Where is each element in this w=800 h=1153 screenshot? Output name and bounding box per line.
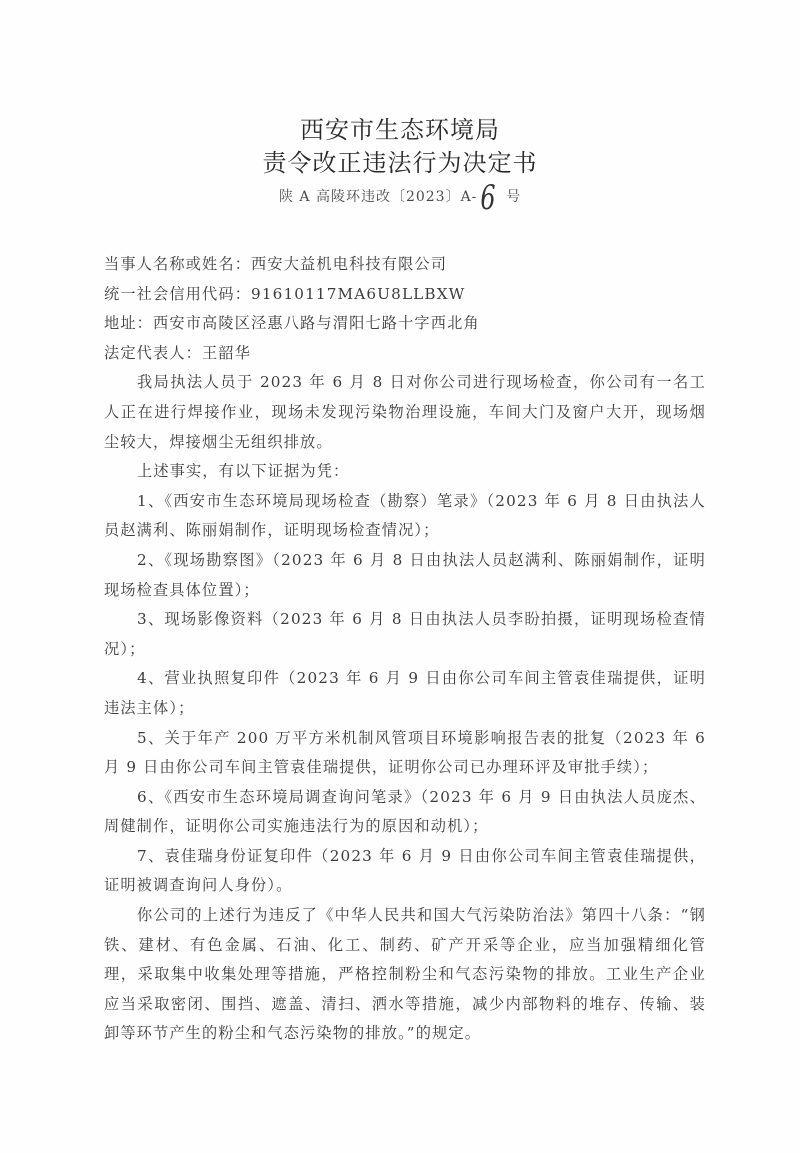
evidence-item: 1、《西安市生态环境局现场检查（勘察）笔录》（2023 年 6 月 8 日由执法… [104,487,706,546]
evidence-item: 3、现场影像资料（2023 年 6 月 8 日由执法人员李盼拍摄，证明现场检查情… [104,605,706,664]
agency-title: 西安市生态环境局 [0,110,800,145]
violation-paragraph: 你公司的上述行为违反了《中华人民共和国大气污染防治法》第四十八条：“钢铁、建材、… [104,901,706,1049]
document-number-suffix: 号 [506,189,521,205]
evidence-item: 6、《西安市生态环境局调查询问笔录》（2023 年 6 月 9 日由执法人员庞杰… [104,783,706,842]
document-body: 当事人名称或姓名：西安大益机电科技有限公司 统一社会信用代码：91610117M… [104,250,706,1049]
credit-code-label: 统一社会信用代码： [104,285,251,303]
document-number-prefix: 陕 A 高陵环违改〔2023〕A- [279,189,477,205]
evidence-item: 2、《现场勘察图》（2023 年 6 月 8 日由执法人员赵满利、陈丽娟制作，证… [104,546,706,605]
legal-rep-label: 法定代表人： [104,344,202,362]
party-name-line: 当事人名称或姓名：西安大益机电科技有限公司 [104,250,706,280]
address-line: 地址：西安市高陵区泾惠八路与渭阳七路十字西北角 [104,309,706,339]
address-value: 西安市高陵区泾惠八路与渭阳七路十字西北角 [153,314,480,332]
facts-paragraph: 我局执法人员于 2023 年 6 月 8 日对你公司进行现场检查，你公司有一名工… [104,368,706,457]
document-number: 陕 A 高陵环违改〔2023〕A-6号 [0,186,800,206]
evidence-item: 5、关于年产 200 万平方米机制风管项目环境影响报告表的批复（2023 年 6… [104,724,706,783]
document-page: 西安市生态环境局 责令改正违法行为决定书 陕 A 高陵环违改〔2023〕A-6号… [0,0,800,1153]
legal-rep-line: 法定代表人：王韶华 [104,339,706,369]
evidence-intro: 上述事实，有以下证据为凭： [104,457,706,487]
document-title: 责令改正违法行为决定书 [0,143,800,178]
legal-rep-value: 王韶华 [202,344,251,362]
evidence-item: 7、袁佳瑞身份证复印件（2023 年 6 月 9 日由你公司车间主管袁佳瑞提供，… [104,842,706,901]
credit-code-line: 统一社会信用代码：91610117MA6U8LLBXW [104,280,706,310]
party-name-label: 当事人名称或姓名： [104,255,251,273]
address-label: 地址： [104,314,153,332]
credit-code-value: 91610117MA6U8LLBXW [251,285,465,303]
evidence-item: 4、营业执照复印件（2023 年 6 月 9 日由你公司车间主管袁佳瑞提供，证明… [104,664,706,723]
party-name-value: 西安大益机电科技有限公司 [251,255,447,273]
